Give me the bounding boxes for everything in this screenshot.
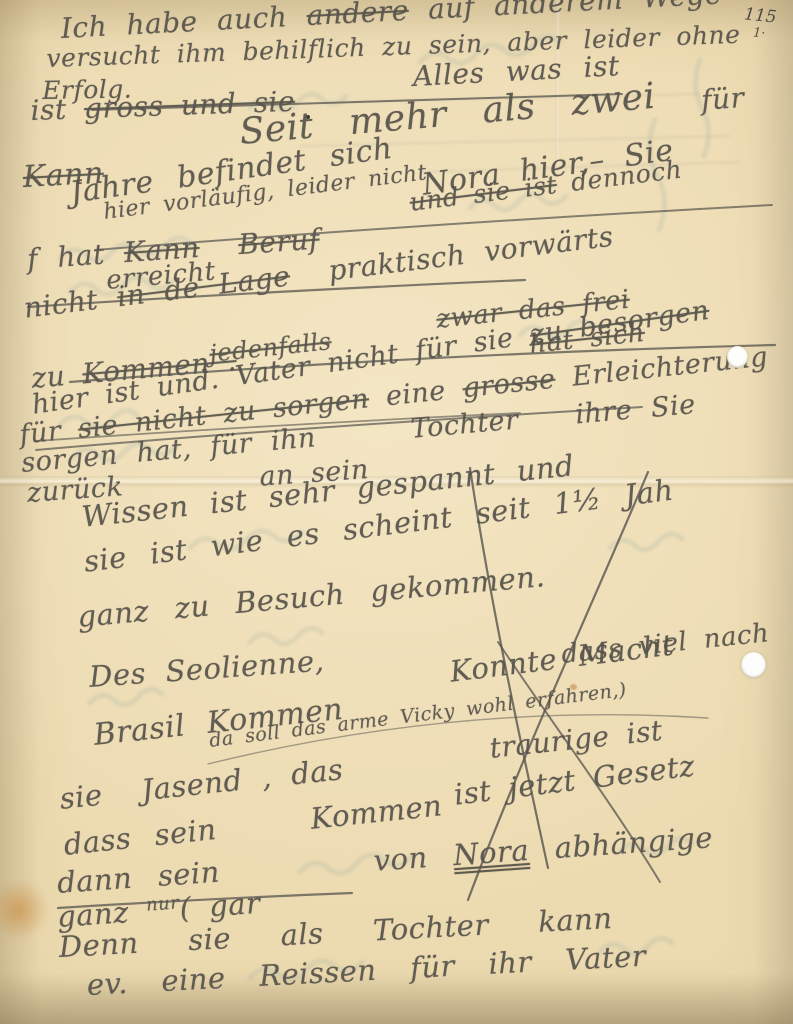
page-number: 115 [743, 4, 777, 27]
struck-text: andere [306, 0, 410, 32]
handwritten-text: abhängige [528, 820, 714, 867]
punch-hole-bottom [741, 652, 766, 678]
handwriting-layer: Ich habe auch andere auf anderem Wegever… [0, 0, 793, 1024]
letter-page: Ich habe auch andere auf anderem Wegever… [0, 0, 793, 1024]
handwritten-text: Des Seolienne, [88, 644, 325, 694]
handwritten-text: ist jetzt Gesetz [452, 748, 697, 811]
handwritten-text: nur [145, 893, 180, 916]
struck-text: grosse [461, 364, 557, 405]
handwritten-line: Konnte Macht [448, 628, 676, 689]
handwritten-text: eine [367, 373, 464, 414]
handwritten-line: Des Seolienne, [88, 644, 325, 694]
handwritten-text: ist [30, 92, 85, 127]
handwritten-text: Konnte Macht [448, 628, 676, 689]
page-number-annotation: 1· [752, 26, 765, 42]
underlined-text: Nora [452, 833, 530, 872]
handwritten-text: praktisch vorwärts [288, 220, 615, 292]
handwritten-text: für [700, 81, 745, 117]
handwritten-line: ist jetzt Gesetz [452, 748, 697, 811]
handwritten-line: für [700, 81, 745, 117]
struck-text: Beruf [237, 223, 321, 262]
punch-hole-top [727, 346, 748, 368]
handwritten-text: nicht [22, 281, 119, 325]
